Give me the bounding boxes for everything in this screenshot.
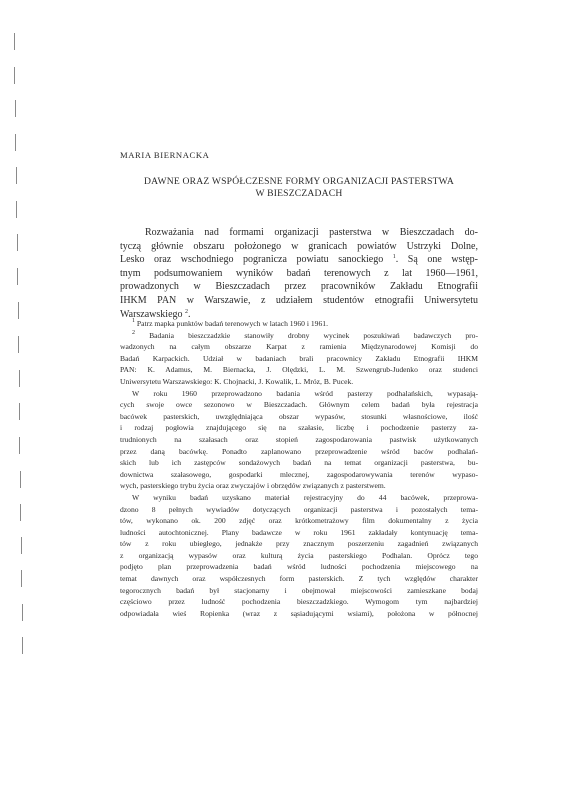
- intro-line: Lesko oraz wschodniego pogranicza powiat…: [120, 253, 478, 267]
- small-line: tów, wykonano ok. 200 zdjęć oraz krótkom…: [120, 515, 478, 527]
- small-line: PAN: K. Adamus, M. Biernacka, J. Olędzki…: [120, 364, 478, 376]
- margin-mark: [20, 471, 21, 488]
- margin-mark: [19, 437, 20, 454]
- small-line: tów z roku ubiegłego, jednakże przy znac…: [120, 538, 478, 550]
- margin-mark: [22, 604, 23, 621]
- title-line-1: DAWNE ORAZ WSPÓŁCZESNE FORMY ORGANIZACJI…: [120, 176, 478, 188]
- intro-line: IHKM PAN w Warszawie, z udziałem student…: [120, 294, 478, 308]
- intro-line: prowadzonych w Bieszczadach przez pracow…: [120, 280, 478, 294]
- small-line: temat dawnych oraz współczesnych form pa…: [120, 573, 478, 585]
- margin-mark: [14, 67, 15, 84]
- margin-mark: [19, 403, 20, 420]
- small-line: przez daną bacówkę. Ponadto zaplanowano …: [120, 446, 478, 458]
- intro-line-text: Lesko oraz wschodniego pogranicza powiat…: [120, 254, 383, 265]
- small-line: bacówek pasterskich, uwzględniająca obsz…: [120, 411, 478, 423]
- small-line: W roku 1960 przeprowadzono badania wśród…: [120, 388, 478, 400]
- margin-mark: [18, 336, 19, 353]
- footnote-text: Patrz mapka punktów badań terenowych w l…: [137, 319, 328, 328]
- intro-line: Rozważania nad formami organizacji paste…: [120, 226, 478, 240]
- small-line: Badań Karpackich. Udział w badaniach bra…: [120, 353, 478, 365]
- small-line: i rodzaj pogłowia znajdującego się na sz…: [120, 422, 478, 434]
- margin-mark: [16, 167, 17, 184]
- small-line: podjęto plan przeprowadzenia badań wśród…: [120, 561, 478, 573]
- small-line: wych, pasterskiego trybu życia oraz zwyc…: [120, 480, 478, 492]
- title-line-2: W BIESZCZADACH: [120, 188, 478, 200]
- footnote-marker: 2: [132, 330, 135, 336]
- scan-margin-marks: [0, 0, 40, 800]
- author-name: MARIA BIERNACKA: [120, 150, 209, 160]
- small-line: tegorocznych badań był stacjonarny i obe…: [120, 585, 478, 597]
- small-line: odpowiadała wieś Ropienka (wraz z sąsiad…: [120, 608, 478, 620]
- article-title: DAWNE ORAZ WSPÓŁCZESNE FORMY ORGANIZACJI…: [120, 176, 478, 200]
- intro-line: tnym podsumowaniem wyników badań terenow…: [120, 267, 478, 281]
- margin-mark: [17, 268, 18, 285]
- footnote-marker: 1: [132, 318, 135, 324]
- small-line: ludności autochtonicznej. Plany badawcze…: [120, 527, 478, 539]
- intro-paragraph: Rozważania nad formami organizacji paste…: [120, 226, 478, 321]
- small-line: cych swoje owce sezonowo w Bieszczadach.…: [120, 399, 478, 411]
- margin-mark: [16, 201, 17, 218]
- small-line: wadzonych na całym obszarze Karpat z ram…: [120, 341, 478, 353]
- footnotes-and-small-text: 1 Patrz mapka punktów badań terenowych w…: [120, 318, 478, 619]
- small-line: z organizacją wypasów oraz kulturą życia…: [120, 550, 478, 562]
- footnote-2: 2 Badania bieszczadzkie stanowiły drobny…: [120, 330, 478, 342]
- small-line: częściowo przez ludność pochodzenia bies…: [120, 596, 478, 608]
- margin-mark: [15, 100, 16, 117]
- margin-mark: [18, 302, 19, 319]
- margin-mark: [17, 234, 18, 251]
- small-line: Uniwersytetu Warszawskiego: K. Chojnacki…: [120, 376, 478, 388]
- footnote-1: 1 Patrz mapka punktów badań terenowych w…: [120, 318, 478, 330]
- margin-mark: [15, 134, 16, 151]
- intro-line: tyczą głównie obszaru położonego w grani…: [120, 240, 478, 254]
- small-line: skich lub ich zastępców sondażowych bada…: [120, 457, 478, 469]
- small-line: W wyniku badań uzyskano materiał rejestr…: [120, 492, 478, 504]
- margin-mark: [21, 570, 22, 587]
- intro-line-tail: . Są one wstęp-: [396, 254, 478, 265]
- margin-mark: [14, 33, 15, 50]
- small-line: dzono 8 pełnych wywiadów dotyczących org…: [120, 504, 478, 516]
- small-line: downictwa szałasowego, gospodarki mleczn…: [120, 469, 478, 481]
- margin-mark: [19, 370, 20, 387]
- footnote-text: Badania bieszczadzkie stanowiły drobny w…: [149, 331, 478, 340]
- margin-mark: [21, 537, 22, 554]
- margin-mark: [20, 504, 21, 521]
- margin-mark: [22, 637, 23, 654]
- small-line: trudnionych na szałasach oraz stopień za…: [120, 434, 478, 446]
